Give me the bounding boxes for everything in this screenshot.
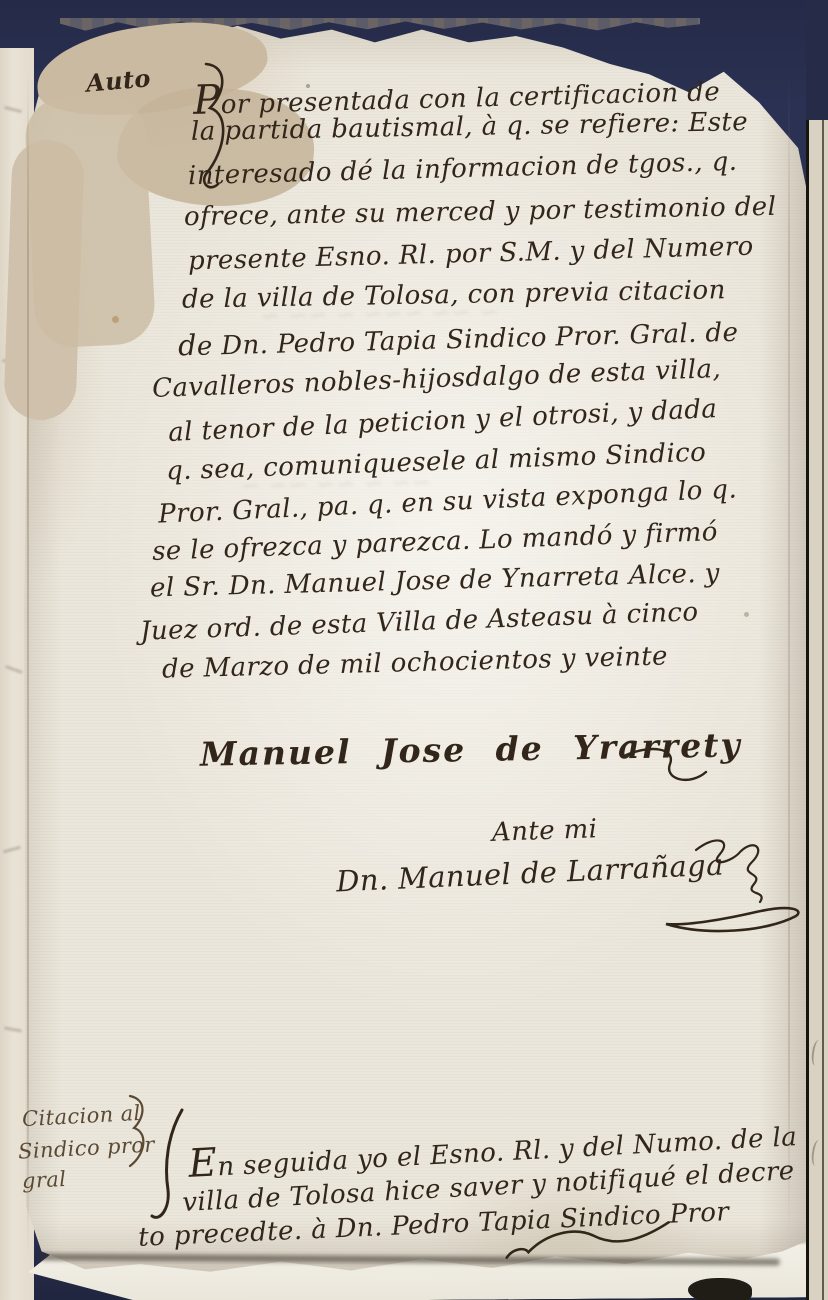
ink-stain: [112, 316, 119, 323]
bleedthrough-mark: [3, 846, 21, 854]
backdrop-corner: [806, 0, 828, 120]
bleedthrough-mark: [4, 106, 22, 113]
binding-gap-line: [822, 0, 824, 1300]
torn-paper-patch: [24, 93, 157, 349]
adjacent-page-sliver: [806, 0, 828, 1300]
ink-stain: [744, 612, 749, 617]
bleedthrough-mark: [5, 665, 23, 674]
attestation-ante-mi: Ante mi: [492, 814, 598, 848]
fold-crease-left: [27, 70, 29, 1260]
rubric-flourish: [636, 832, 811, 937]
margin-note-auto: Auto: [85, 63, 152, 98]
signature-tail-flourish: [620, 742, 710, 792]
shadow-blob: [688, 1278, 752, 1300]
fold-crease-right: [788, 70, 790, 1240]
margin-note-citacion: gral: [21, 1167, 67, 1193]
scanned-manuscript-page: ~ ~~ ~~~ ~ ~~ ~ ~~ ~ ~~ ~~ ~ Auto Por pr…: [0, 0, 828, 1300]
bleedthrough-mark: [4, 1026, 22, 1032]
